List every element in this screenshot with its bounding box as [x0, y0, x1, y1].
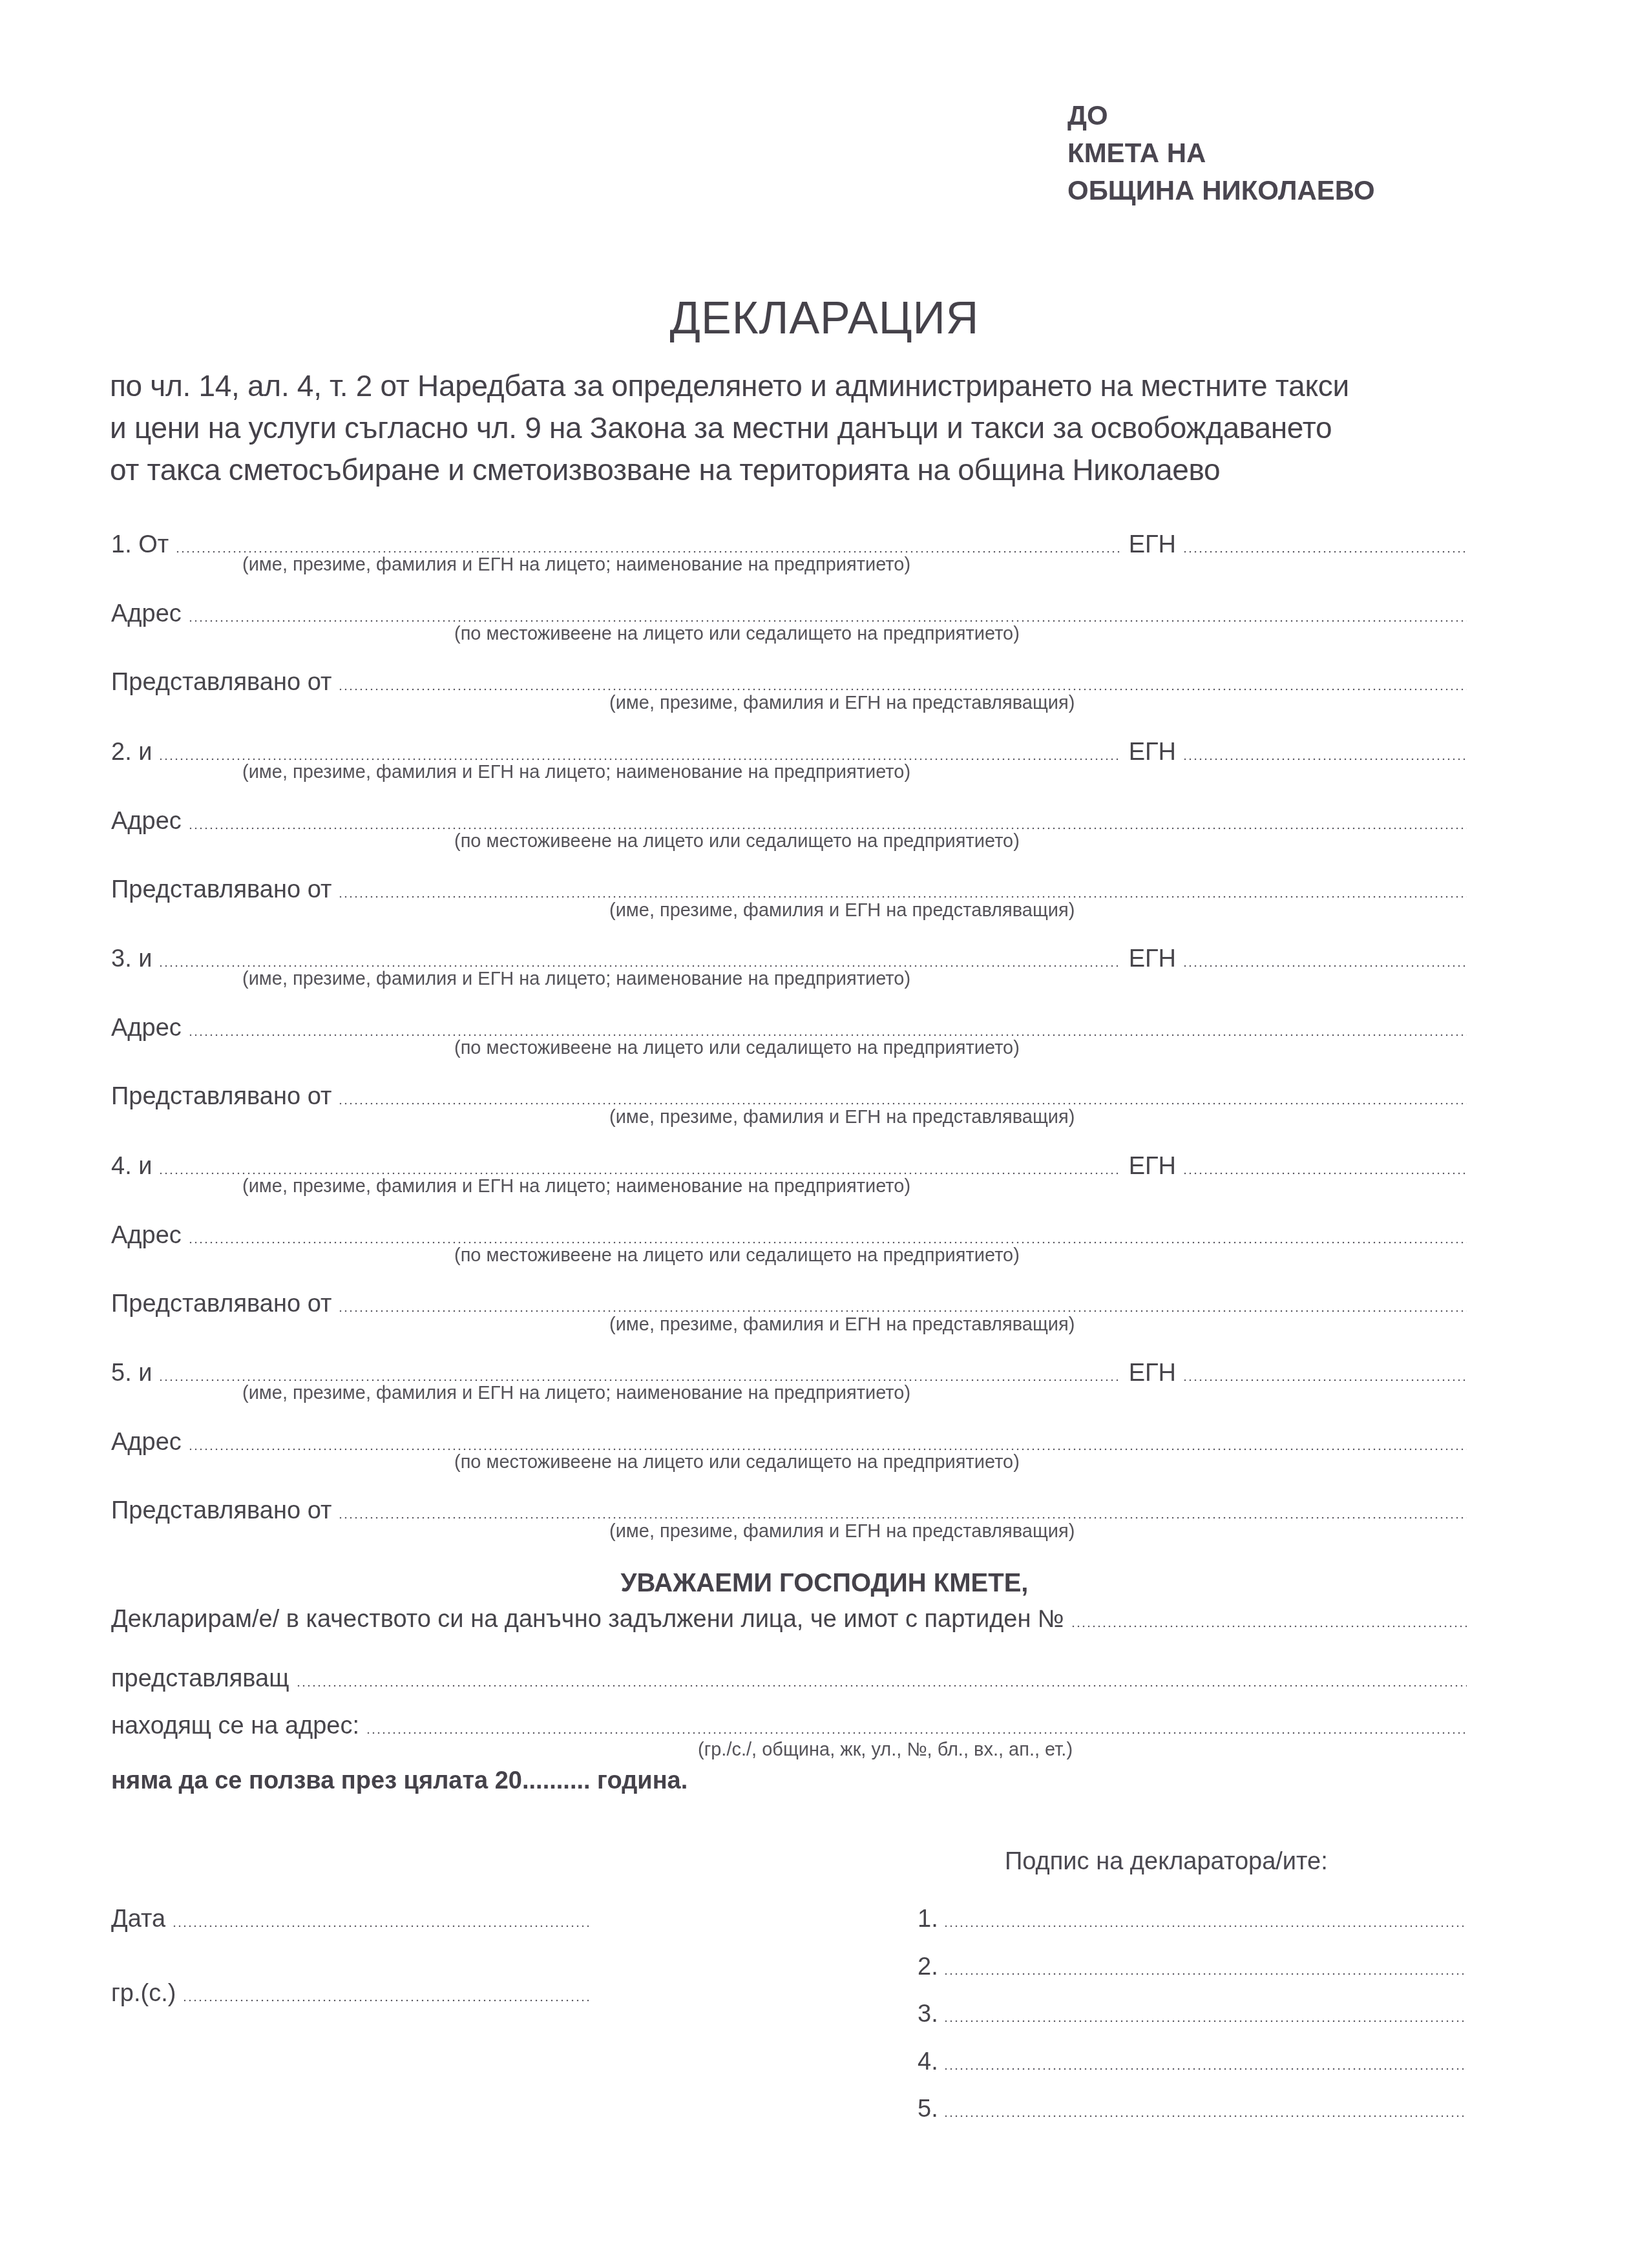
declarant-4-rep-label: Представлявано от	[111, 1290, 338, 1318]
declarant-3-rep-row: Представлявано от	[111, 1078, 1467, 1111]
subtitle-line-3: от такса сметосъбиране и сметоизвозване …	[110, 449, 1473, 491]
declarant-3-rep-hint: (име, презиме, фамилия и ЕГН на представ…	[609, 1107, 1075, 1128]
signature-5-field[interactable]	[943, 2115, 1467, 2117]
signature-4-field[interactable]	[943, 2068, 1467, 2070]
declarant-1-rep-hint: (име, презиме, фамилия и ЕГН на представ…	[609, 693, 1075, 714]
declarant-3-rep-field[interactable]	[338, 1102, 1467, 1105]
signature-row-5: 5.	[918, 2091, 1467, 2123]
declarant-4-label: 4. и	[111, 1153, 158, 1181]
declarant-3-rep-label: Представлявано от	[111, 1083, 338, 1111]
declarant-3-label: 3. и	[111, 945, 158, 973]
declarant-1-rep-field[interactable]	[338, 688, 1467, 691]
addressee-line-1: ДО	[1067, 97, 1375, 134]
representing-label: представляващ	[111, 1665, 296, 1693]
declarant-2-rep-row: Представлявано от	[111, 872, 1467, 904]
city-label: гр.(с.)	[111, 1980, 182, 2008]
declarant-4-address-field[interactable]	[188, 1241, 1467, 1244]
declarant-5-label: 5. и	[111, 1360, 158, 1387]
declarant-1-name-hint: (име, презиме, фамилия и ЕГН на лицето; …	[242, 554, 910, 576]
declarant-1-address-label: Адрес	[111, 600, 188, 628]
declarant-5-rep-hint: (име, презиме, фамилия и ЕГН на представ…	[609, 1521, 1075, 1542]
declarant-3-name-field[interactable]	[158, 965, 1119, 967]
signature-1-label: 1.	[918, 1906, 943, 1933]
partida-row: Декларирам/е/ в качеството си на данъчно…	[111, 1601, 1467, 1633]
declarant-4-address-hint: (по местоживеене на лицето или седалищет…	[454, 1245, 1020, 1266]
signature-5-label: 5.	[918, 2095, 943, 2123]
property-address-label: находящ се на адрес:	[111, 1712, 366, 1740]
date-row: Дата	[111, 1901, 589, 1933]
declarant-2-rep-hint: (име, презиме, фамилия и ЕГН на представ…	[609, 900, 1075, 921]
declarant-2-egn-field[interactable]	[1182, 758, 1467, 761]
signature-title: Подпис на декларатора/ите:	[1005, 1848, 1328, 1876]
property-address-hint: (гр./с./, община, жк, ул., №, бл., вх., …	[698, 1739, 1073, 1761]
declarant-5-egn-field[interactable]	[1182, 1379, 1467, 1381]
declarant-5-address-field[interactable]	[188, 1448, 1467, 1451]
declarant-1-label: 1. От	[111, 531, 175, 559]
declarant-3-address-field[interactable]	[188, 1034, 1467, 1036]
declarant-3-egn-label: ЕГН	[1120, 945, 1176, 973]
declarant-4-rep-field[interactable]	[338, 1310, 1467, 1312]
addressee-line-2: КМЕТА НА	[1067, 134, 1375, 172]
declarant-2-address-field[interactable]	[188, 827, 1467, 830]
declarant-2-name-hint: (име, презиме, фамилия и ЕГН на лицето; …	[242, 762, 910, 783]
declarant-2-egn-label: ЕГН	[1120, 739, 1176, 766]
declarant-5-name-hint: (име, презиме, фамилия и ЕГН на лицето; …	[242, 1383, 910, 1404]
salutation: УВАЖАЕМИ ГОСПОДИН КМЕТЕ,	[0, 1569, 1649, 1598]
signature-4-label: 4.	[918, 2048, 943, 2076]
declarant-4-rep-hint: (име, презиме, фамилия и ЕГН на представ…	[609, 1314, 1075, 1336]
declarant-2-rep-field[interactable]	[338, 896, 1467, 898]
declarant-4-name-hint: (име, презиме, фамилия и ЕГН на лицето; …	[242, 1176, 910, 1197]
declarant-1-egn-field[interactable]	[1182, 551, 1467, 553]
signature-3-label: 3.	[918, 2000, 943, 2028]
property-address-field[interactable]	[366, 1732, 1467, 1734]
representing-row: представляващ	[111, 1661, 1467, 1693]
declarant-4-name-field[interactable]	[158, 1172, 1119, 1175]
declarant-5-name-field[interactable]	[158, 1379, 1119, 1381]
declarant-5-rep-row: Представлявано от	[111, 1493, 1467, 1525]
declarant-1-egn-label: ЕГН	[1120, 531, 1176, 559]
declarant-4-egn-field[interactable]	[1182, 1172, 1467, 1175]
declarant-2-address-label: Адрес	[111, 808, 188, 835]
signature-row-1: 1.	[918, 1901, 1467, 1933]
declarant-1-address-field[interactable]	[188, 620, 1467, 622]
subtitle-line-1: по чл. 14, ал. 4, т. 2 от Наредбата за о…	[110, 365, 1473, 407]
signature-row-4: 4.	[918, 2044, 1467, 2076]
declarant-2-label: 2. и	[111, 739, 158, 766]
declarant-3-name-hint: (име, презиме, фамилия и ЕГН на лицето; …	[242, 969, 910, 990]
document-subtitle: по чл. 14, ал. 4, т. 2 от Наредбата за о…	[110, 365, 1473, 491]
city-row: гр.(с.)	[111, 1975, 589, 2008]
signature-3-field[interactable]	[943, 2020, 1467, 2022]
declarant-1-name-field[interactable]	[175, 551, 1119, 553]
date-field[interactable]	[172, 1925, 589, 1927]
signature-row-2: 2.	[918, 1949, 1467, 1981]
declarant-1-address-hint: (по местоживеене на лицето или седалищет…	[454, 624, 1020, 645]
declarant-2-name-field[interactable]	[158, 758, 1119, 761]
declarant-5-rep-field[interactable]	[338, 1517, 1467, 1519]
declarant-2-address-hint: (по местоживеене на лицето или седалищет…	[454, 831, 1020, 852]
declarant-5-address-hint: (по местоживеене на лицето или седалищет…	[454, 1452, 1020, 1473]
declarant-1-rep-label: Представлявано от	[111, 669, 338, 697]
signature-2-label: 2.	[918, 1953, 943, 1981]
declarant-4-egn-label: ЕГН	[1120, 1153, 1176, 1181]
declarant-5-rep-label: Представлявано от	[111, 1497, 338, 1525]
partida-field[interactable]	[1071, 1625, 1467, 1628]
declarant-2-rep-label: Представлявано от	[111, 876, 338, 904]
declarant-4-rep-row: Представлявано от	[111, 1286, 1467, 1318]
declarant-3-address-label: Адрес	[111, 1014, 188, 1042]
closing-statement: няма да се ползва през цялата 20........…	[111, 1767, 688, 1795]
city-field[interactable]	[182, 1999, 589, 2002]
addressee-block: ДО КМЕТА НА ОБЩИНА НИКОЛАЕВО	[1067, 97, 1375, 209]
representing-field[interactable]	[296, 1685, 1467, 1687]
subtitle-line-2: и цени на услуги съгласно чл. 9 на Закон…	[110, 407, 1473, 449]
date-label: Дата	[111, 1906, 172, 1933]
declarant-5-egn-label: ЕГН	[1120, 1360, 1176, 1387]
signature-row-3: 3.	[918, 1996, 1467, 2028]
declarant-3-egn-field[interactable]	[1182, 965, 1467, 967]
declarant-5-address-label: Адрес	[111, 1429, 188, 1456]
addressee-line-3: ОБЩИНА НИКОЛАЕВО	[1067, 172, 1375, 209]
declarant-3-address-hint: (по местоживеене на лицето или седалищет…	[454, 1038, 1020, 1059]
property-address-row: находящ се на адрес:	[111, 1708, 1467, 1740]
partida-label: Декларирам/е/ в качеството си на данъчно…	[111, 1606, 1071, 1633]
signature-2-field[interactable]	[943, 1973, 1467, 1975]
declarant-4-address-label: Адрес	[111, 1222, 188, 1250]
declarant-1-rep-row: Представлявано от	[111, 664, 1467, 697]
signature-1-field[interactable]	[943, 1925, 1467, 1927]
document-title: ДЕКЛАРАЦИЯ	[0, 292, 1649, 344]
